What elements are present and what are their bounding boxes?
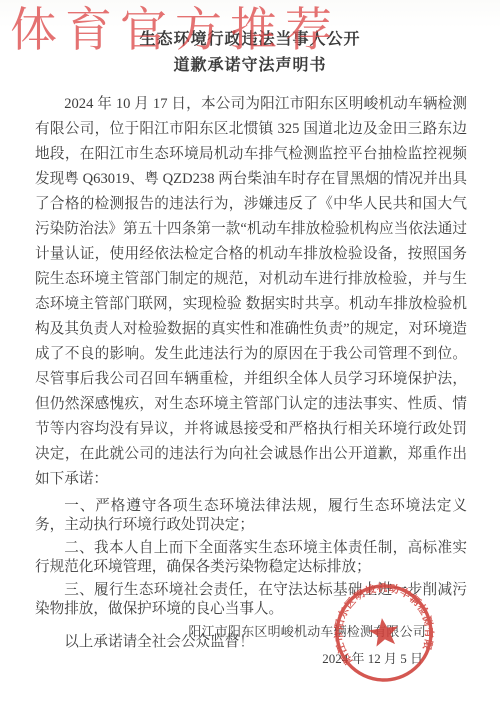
main-paragraph: 2024 年 10 月 17 日，本公司为阳江市阳东区明峻机动车辆检测有限公司，… [35,92,467,492]
commitment-item-2: 二、我本人自上而下全面落实生态环境主体责任制，高标准实行规范化环境管理，确保各类… [35,539,467,576]
title-line-1: 生态环境行政违法当事人公开 [0,27,500,53]
company-signature: 阳江市阳东区明峻机动车辆检测有限公司 [188,621,426,640]
title-line-2: 道歉承诺守法声明书 [0,53,500,79]
document-body: 2024 年 10 月 17 日，本公司为阳江市阳东区明峻机动车辆检测有限公司，… [35,92,467,651]
document-title: 生态环境行政违法当事人公开 道歉承诺守法声明书 [0,27,500,79]
commitment-item-3: 三、履行生态环境社会责任，在守法达标基础上进一步削减污染物排放，做保护环境的良心… [35,581,467,618]
commitment-item-1: 一、严格遵守各项生态环境法律法规，履行生态环境法定义务，主动执行环境行政处罚决定… [35,497,467,534]
document-date: 2024 年 12 月 5 日 [322,648,423,667]
scanned-document-page: 体育官方推荐 生态环境行政违法当事人公开 道歉承诺守法声明书 2024 年 10… [0,0,500,707]
